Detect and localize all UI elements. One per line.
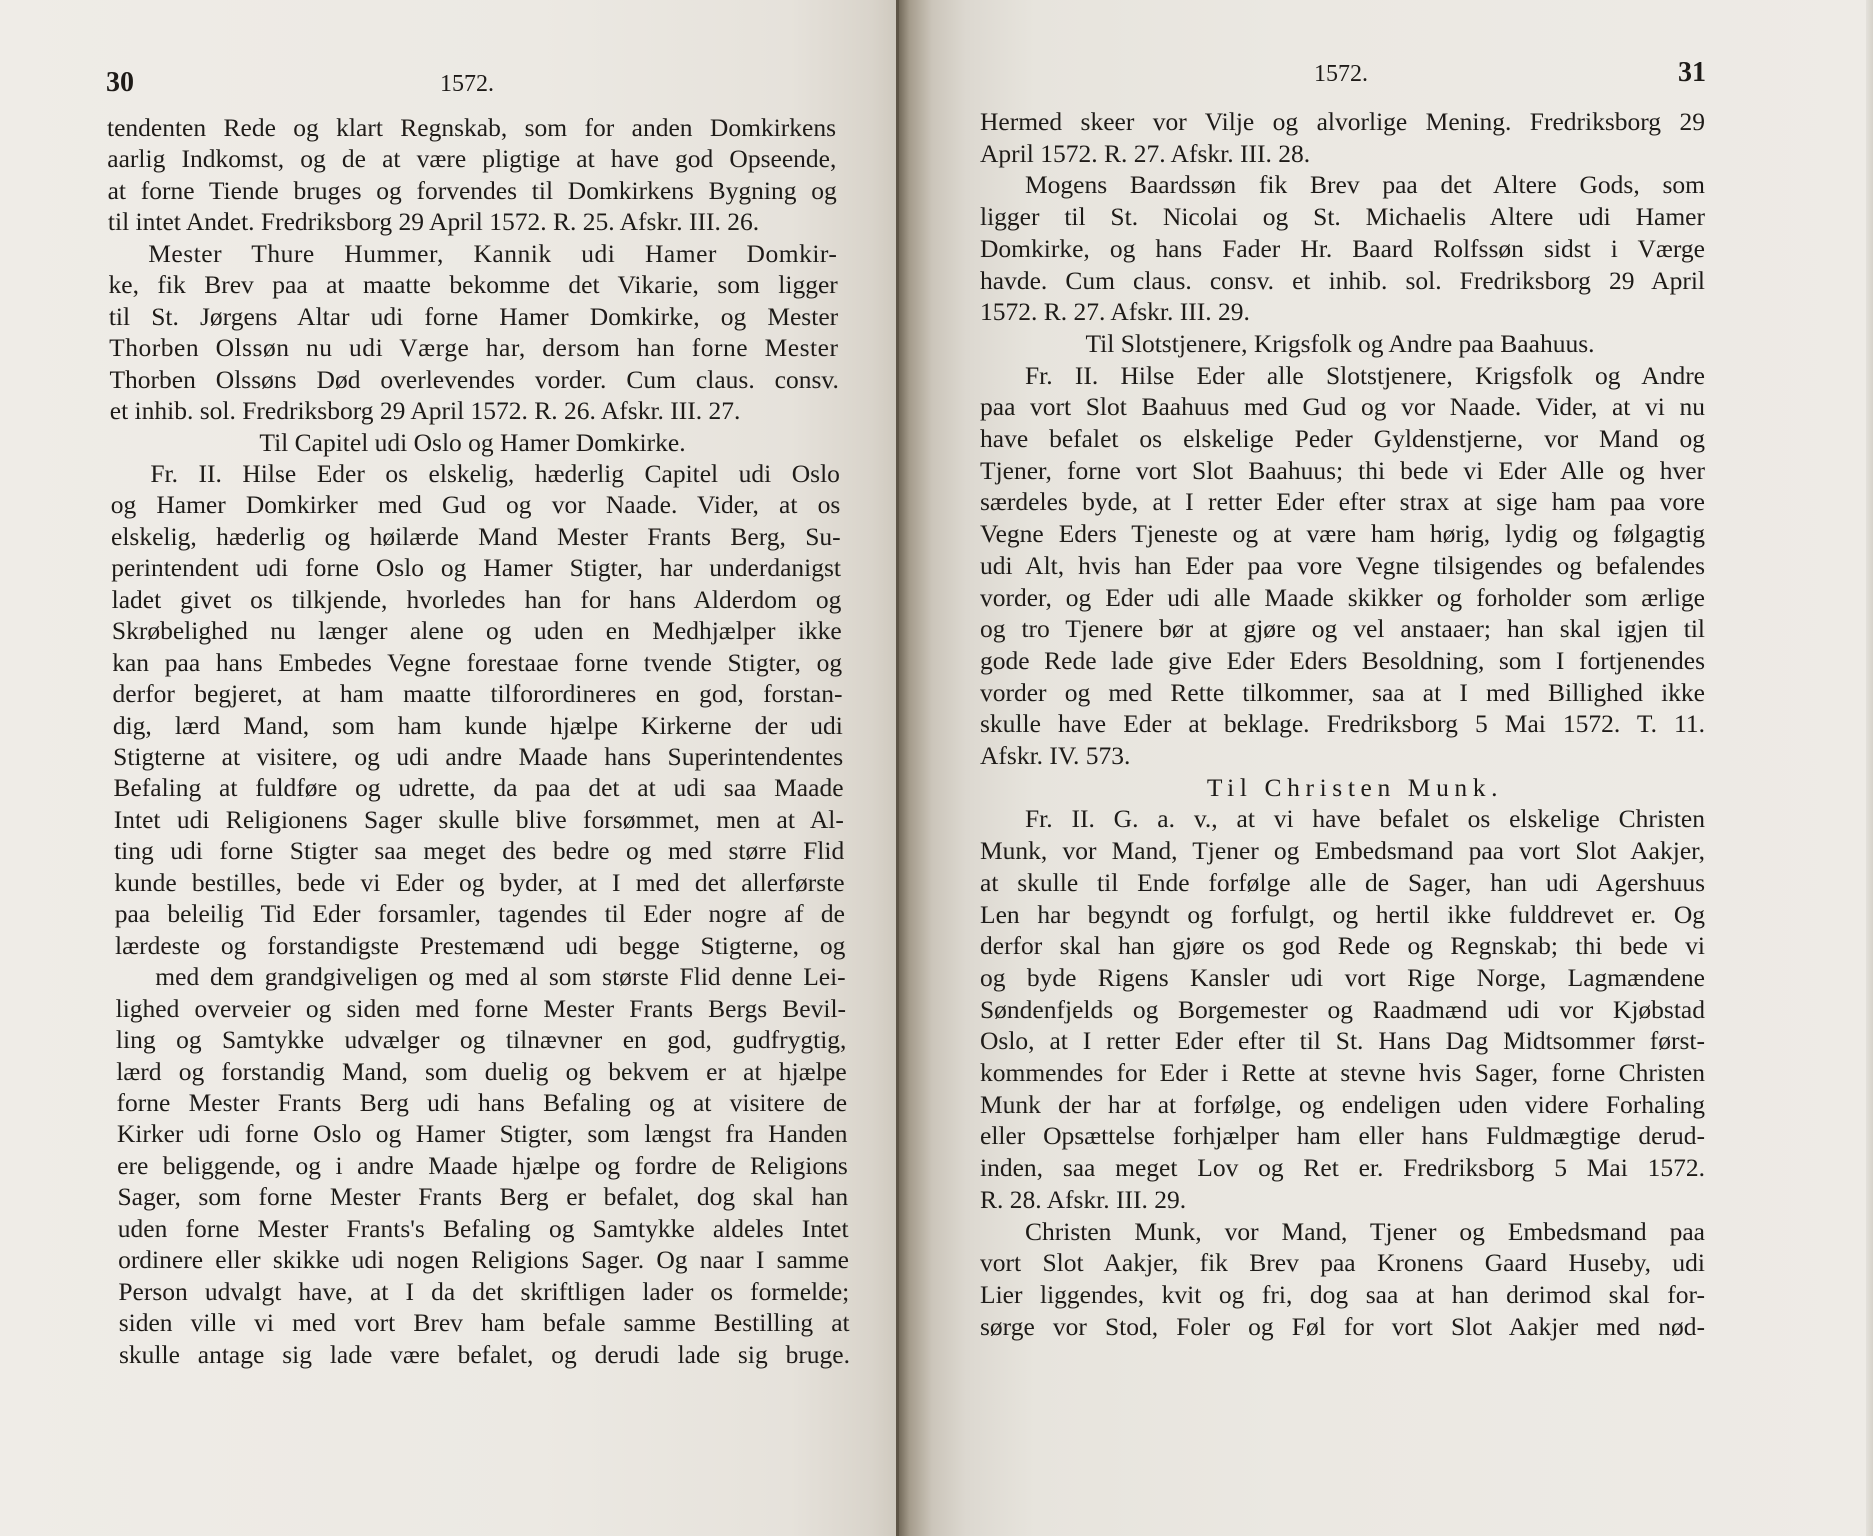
text-line: kunde bestilles, bede vi Eder og byder, … — [114, 868, 844, 898]
text-line: Fr. II. Hilse Eder alle Slotstjenere, Kr… — [1025, 361, 1705, 391]
text-line: havde. Cum claus. consv. et inhib. sol. … — [980, 266, 1705, 296]
text-line: Stigterne at visitere, og udi andre Maad… — [113, 742, 843, 772]
text-line: gode Rede lade give Eder Eders Besoldnin… — [980, 646, 1705, 676]
text-line: ligger til St. Nicolai og St. Michaelis … — [980, 202, 1705, 232]
text-line: Søndenfjelds og Borgemester og Raadmænd … — [980, 995, 1705, 1025]
running-head-right: 1572. — [1314, 60, 1368, 88]
text-line: ere beliggende, og i andre Maade hjælpe … — [117, 1151, 848, 1181]
text-line: vorder, og Eder udi alle Maade skikker o… — [980, 583, 1705, 613]
page-edge — [1866, 0, 1873, 1536]
text-line: Til Christen Munk. — [1150, 773, 1560, 803]
text-line: Lier liggendes, kvit og fri, dog saa at … — [980, 1280, 1705, 1310]
text-line: Christen Munk, vor Mand, Tjener og Embed… — [1025, 1217, 1705, 1247]
text-line: Vegne Eders Tjeneste og at være ham høri… — [980, 519, 1705, 549]
text-line: Munk der har at forfølge, og endeligen u… — [980, 1090, 1705, 1120]
text-line: udi Alt, hvis han Eder paa vore Vegne ti… — [980, 551, 1705, 581]
running-head-left: 1572. — [440, 70, 494, 98]
text-line: paa beleilig Tid Eder forsamler, tagende… — [115, 899, 845, 929]
text-line: ke, fik Brev paa at maatte bekomme det V… — [109, 270, 838, 300]
text-line: lighed overveier og siden med forne Mest… — [116, 994, 846, 1024]
text-line: derfor skal han gjøre os god Rede og Reg… — [980, 931, 1705, 961]
text-line: 1572. R. 27. Afskr. III. 29. — [980, 297, 1705, 327]
text-line: lærd og forstandig Mand, som duelig og b… — [116, 1057, 847, 1087]
text-line: Fr. II. Hilse Eder os elskelig, hæderlig… — [150, 459, 840, 489]
text-line: særdeles byde, at I retter Eder efter st… — [980, 487, 1705, 517]
text-line: og tro Tjenere bør at gjøre og vel ansta… — [980, 614, 1705, 644]
text-line: Hermed skeer vor Vilje og alvorlige Meni… — [980, 107, 1705, 137]
text-line: Til Slotstjenere, Krigsfolk og Andre paa… — [1040, 329, 1640, 359]
text-line: Fr. II. G. a. v., at vi have befalet os … — [1025, 804, 1705, 834]
text-line: et inhib. sol. Fredriksborg 29 April 157… — [110, 396, 839, 426]
text-line: at forne Tiende bruges og forvendes til … — [108, 176, 837, 206]
text-line: Afskr. IV. 573. — [980, 741, 1705, 771]
text-line: paa vort Slot Baahuus med Gud og vor Naa… — [980, 392, 1705, 422]
text-line: Skrøbelighed nu længer alene og uden en … — [112, 616, 842, 646]
text-line: Person udvalgt have, at I da det skriftl… — [118, 1277, 849, 1307]
text-line: lærdeste og forstandigste Prestemænd udi… — [115, 931, 845, 961]
text-line: og Hamer Domkirker med Gud og vor Naade.… — [111, 490, 841, 520]
text-line: vort Slot Aakjer, fik Brev paa Kronens G… — [980, 1248, 1705, 1278]
text-line: Tjener, forne vort Slot Baahuus; thi bed… — [980, 456, 1705, 486]
text-line: Oslo, at I retter Eder efter til St. Han… — [980, 1026, 1705, 1056]
text-line: ting udi forne Stigter saa meget des bed… — [114, 836, 844, 866]
page-number-left: 30 — [106, 68, 134, 98]
text-line: derfor begjeret, at ham maatte tilforord… — [113, 679, 843, 709]
text-line: Sager, som forne Mester Frants Berg er b… — [117, 1182, 848, 1212]
text-line: uden forne Mester Frants's Befaling og S… — [118, 1214, 849, 1244]
text-line: sørge vor Stod, Foler og Føl for vort Sl… — [980, 1312, 1705, 1342]
text-line: Intet udi Religionens Sager skulle blive… — [114, 805, 844, 835]
text-line: aarlig Indkomst, og de at være pligtige … — [107, 144, 836, 174]
text-line: Mogens Baardssøn fik Brev paa det Altere… — [1025, 170, 1705, 200]
text-line: ordinere eller skikke udi nogen Religion… — [118, 1245, 849, 1275]
text-line: tendenten Rede og klart Regnskab, som fo… — [107, 113, 836, 143]
text-line: Munk, vor Mand, Tjener og Embedsmand paa… — [980, 836, 1705, 866]
text-line: eller Opsættelse forhjælper ham eller ha… — [980, 1121, 1705, 1151]
text-line: dig, lærd Mand, som ham kunde hjælpe Kir… — [113, 711, 843, 741]
text-line: Mester Thure Hummer, Kannik udi Hamer Do… — [148, 239, 837, 269]
text-line: Domkirke, og hans Fader Hr. Baard Rolfss… — [980, 234, 1705, 264]
text-line: Til Capitel udi Oslo og Hamer Domkirke. — [200, 428, 745, 458]
text-line: at skulle til Ende forfølge alle de Sage… — [980, 868, 1705, 898]
text-line: og byde Rigens Kansler udi vort Rige Nor… — [980, 963, 1705, 993]
text-line: ladet givet os tilkjende, hvorledes han … — [112, 585, 842, 615]
text-line: perintendent udi forne Oslo og Hamer Sti… — [111, 553, 841, 583]
text-line: Kirker udi forne Oslo og Hamer Stigter, … — [117, 1119, 848, 1149]
text-line: Befaling at fuldføre og udrette, da paa … — [113, 773, 843, 803]
text-line: skulle have Eder at beklage. Fredriksbor… — [980, 709, 1705, 739]
text-line: inden, saa meget Lov og Ret er. Fredriks… — [980, 1153, 1705, 1183]
text-line: skulle antage sig lade være befalet, og … — [119, 1340, 850, 1370]
text-line: Thorben Olssøns Død overlevendes vorder.… — [109, 365, 838, 395]
text-line: med dem grandgiveligen og med al som stø… — [155, 962, 845, 992]
text-line: kommendes for Eder i Rette at stevne hvi… — [980, 1058, 1705, 1088]
text-line: til St. Jørgens Altar udi forne Hamer Do… — [109, 302, 838, 332]
text-line: have befalet os elskelige Peder Gyldenst… — [980, 424, 1705, 454]
text-line: vorder og med Rette tilkommer, saa at I … — [980, 678, 1705, 708]
text-line: Len har begyndt og forfulgt, og hertil i… — [980, 900, 1705, 930]
text-line: April 1572. R. 27. Afskr. III. 28. — [980, 139, 1705, 169]
text-line: kan paa hans Embedes Vegne forestaae for… — [112, 648, 842, 678]
text-line: R. 28. Afskr. III. 29. — [980, 1185, 1705, 1215]
text-line: forne Mester Frants Berg udi hans Befali… — [117, 1088, 848, 1118]
text-line: til intet Andet. Fredriksborg 29 April 1… — [108, 207, 837, 237]
text-line: ling og Samtykke udvælger og tilnævner e… — [116, 1025, 846, 1055]
text-line: Thorben Olssøn nu udi Værge har, dersom … — [109, 333, 838, 363]
text-line: siden ville vi med vort Brev ham befale … — [119, 1308, 850, 1338]
page-number-right: 31 — [1678, 58, 1706, 88]
text-line: elskelig, hæderlig og høilærde Mand Mest… — [111, 522, 841, 552]
book-gutter — [896, 0, 899, 1536]
